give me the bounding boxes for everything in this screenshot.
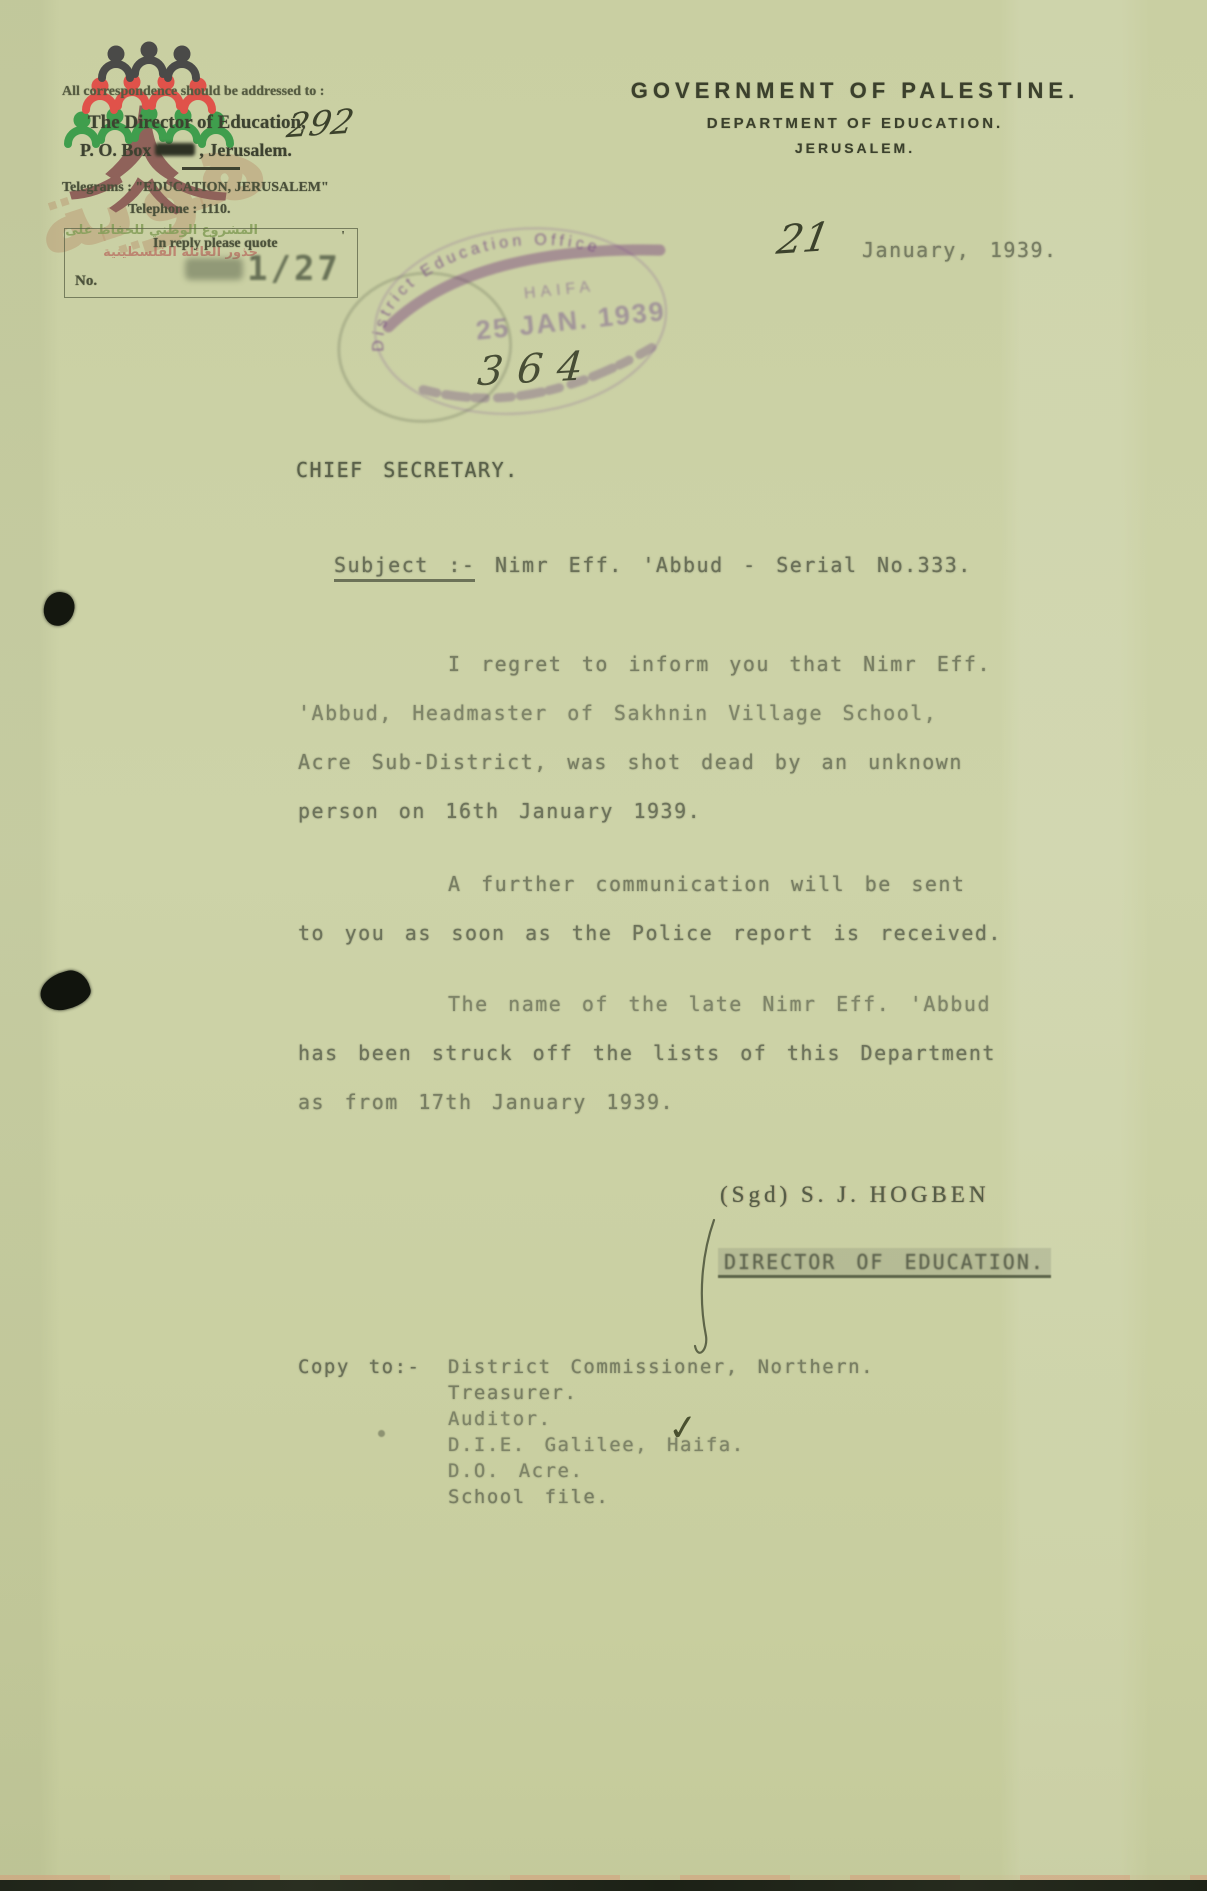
city-line: JERUSALEM.	[620, 140, 1090, 156]
handwritten-day: 21	[774, 214, 834, 263]
pobox-pre: P. O. Box	[80, 140, 151, 160]
telegrams-line: Telegrams : "EDUCATION, JERUSALEM"	[62, 180, 329, 196]
telephone-line: Telephone : 1110.	[128, 202, 231, 218]
body-line: I regret to inform you that Nimr Eff.	[298, 652, 991, 701]
body-line: has been struck off the lists of this De…	[298, 1041, 996, 1090]
government-title: GOVERNMENT OF PALESTINE.	[620, 78, 1090, 104]
subject-text: Nimr Eff. 'Abbud - Serial No.333.	[475, 553, 971, 577]
ink-blot-top	[40, 589, 77, 629]
faint-dot-mark	[378, 1430, 385, 1437]
reference-obscured-part	[185, 258, 243, 280]
handwritten-file-number: 292	[284, 102, 357, 146]
copy-item: School file.	[448, 1486, 874, 1512]
body-line: The name of the late Nimr Eff. 'Abbud	[298, 992, 996, 1041]
copy-item: D.O. Acre.	[448, 1460, 874, 1486]
stamp-city: HAIFA	[523, 278, 596, 302]
pobox-number-obscured	[155, 143, 195, 156]
copy-to-label: Copy to:-	[298, 1356, 420, 1378]
correspondence-note: All correspondence should be addressed t…	[62, 84, 324, 100]
subject-line: Subject :- Nimr Eff. 'Abbud - Serial No.…	[334, 553, 972, 577]
body-line: 'Abbud, Headmaster of Sakhnin Village Sc…	[298, 701, 991, 750]
government-header: GOVERNMENT OF PALESTINE. DEPARTMENT OF E…	[620, 78, 1090, 156]
subject-label: Subject :-	[334, 553, 475, 582]
paragraph-3: The name of the late Nimr Eff. 'Abbud ha…	[298, 992, 996, 1139]
copy-item: District Commissioner, Northern.	[448, 1356, 874, 1382]
body-line: as from 17th January 1939.	[298, 1090, 996, 1139]
district-education-office-stamp: District Education Office HAIFA 25 JAN. …	[319, 188, 685, 447]
copy-item: D.I.E. Galilee, Haifa.	[448, 1434, 874, 1460]
ink-blot-bottom	[36, 967, 93, 1015]
signature-title: DIRECTOR OF EDUCATION.	[718, 1248, 1051, 1278]
paragraph-1: I regret to inform you that Nimr Eff. 'A…	[298, 652, 991, 848]
body-line: Acre Sub-District, was shot dead by an u…	[298, 750, 991, 799]
stamp-date: 25 JAN. 1939	[474, 296, 667, 346]
copy-item: Treasurer.	[448, 1382, 874, 1408]
pobox-line: P. O. Box, Jerusalem.	[80, 140, 292, 161]
body-line: person on 16th January 1939.	[298, 799, 991, 848]
copy-distribution-list: District Commissioner, Northern. Treasur…	[448, 1356, 874, 1512]
pen-flourish-mark	[688, 1218, 724, 1373]
signature-line: (Sgd) S. J. HOGBEN	[720, 1182, 989, 1208]
copy-item: Auditor.	[448, 1408, 874, 1434]
salutation: CHIEF SECRETARY.	[296, 458, 519, 482]
reply-no-label: No.	[75, 273, 97, 290]
stamp-handwritten-number: 364	[476, 343, 599, 395]
letterhead-divider	[182, 167, 240, 170]
scanned-letter-page: هوية المشروع الوطني للحفاظ على جذور العا…	[0, 0, 1207, 1891]
body-line: to you as soon as the Police report is r…	[298, 921, 1002, 970]
reply-reference-box: In reply please quote ' No. 1/27	[64, 228, 358, 298]
department-title: DEPARTMENT OF EDUCATION.	[620, 115, 1090, 132]
check-mark-icon: ✓	[666, 1407, 700, 1451]
scan-edge-dark-strip	[0, 1880, 1207, 1891]
file-reference-stamp: 1/27	[185, 249, 341, 289]
pobox-post: , Jerusalem.	[199, 140, 291, 160]
director-address-line: The Director of Education,	[88, 112, 306, 134]
body-line: A further communication will be sent	[298, 872, 1002, 921]
paragraph-2: A further communication will be sent to …	[298, 872, 1002, 970]
typed-date: January, 1939.	[862, 238, 1058, 262]
